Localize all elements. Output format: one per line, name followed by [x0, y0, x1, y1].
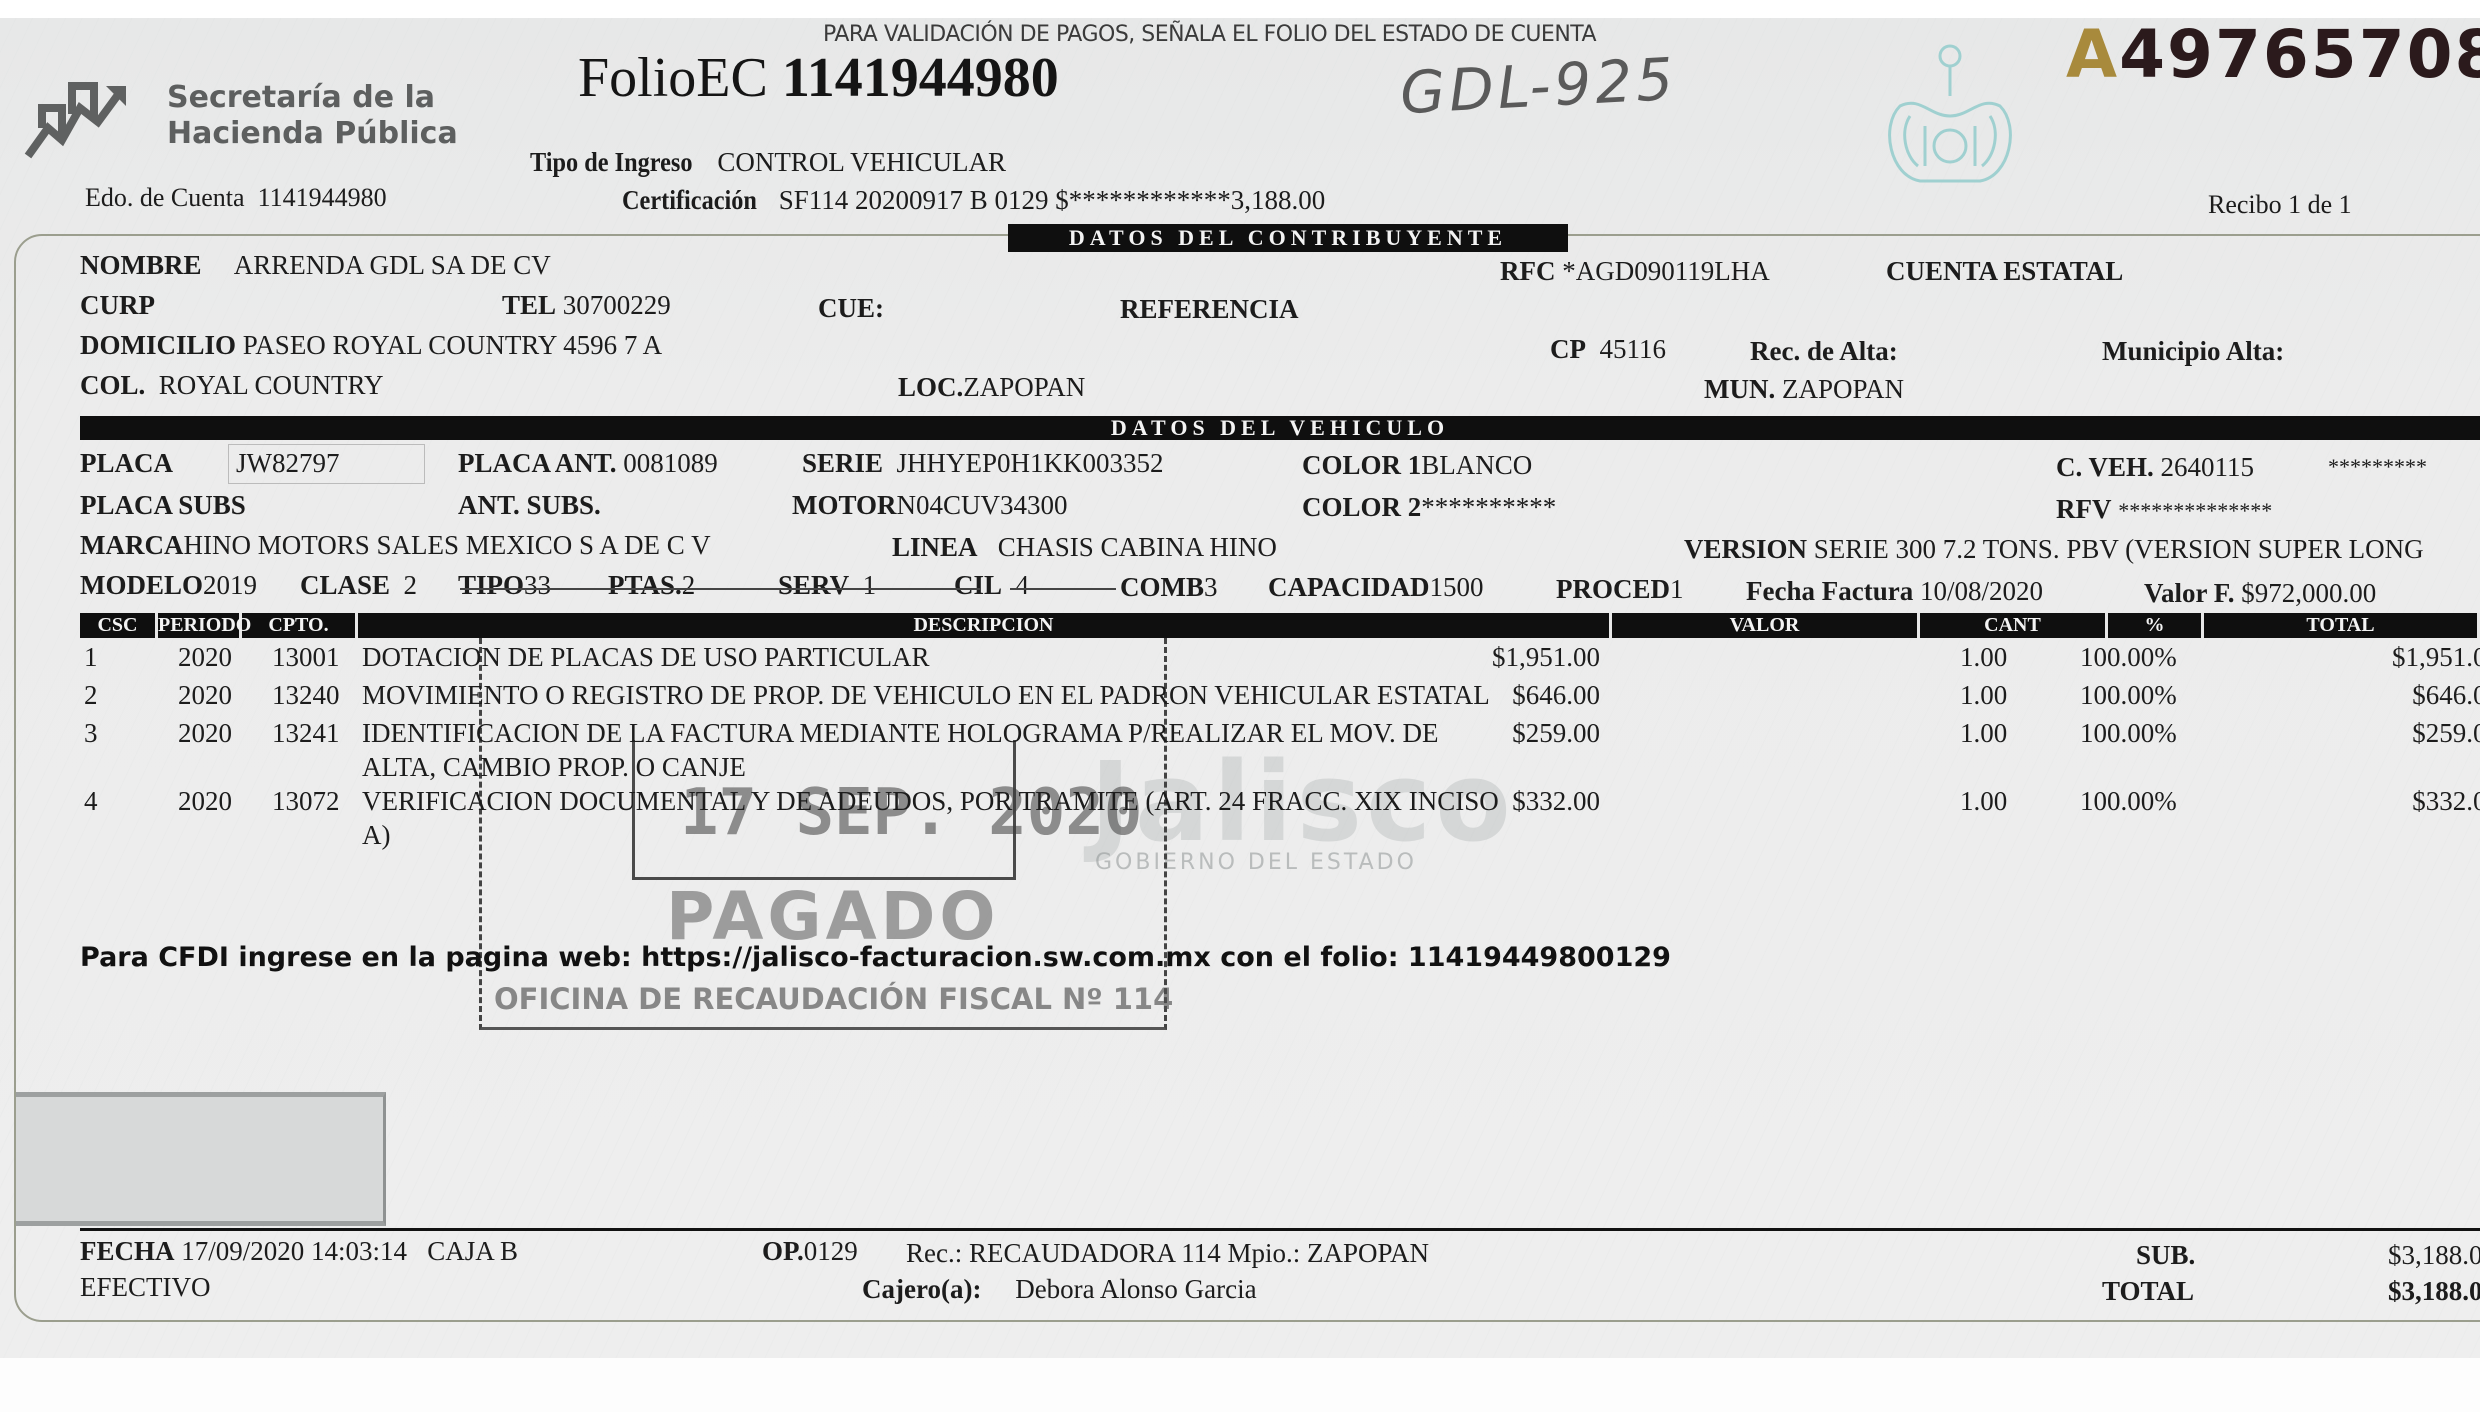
column-header-descripcion: DESCRIPCION: [358, 613, 1612, 638]
version-label: VERSION: [1684, 534, 1807, 564]
loc-value: ZAPOPAN: [963, 372, 1085, 402]
tipo-value: 33: [524, 570, 551, 600]
cell-cpto: 13240: [272, 680, 340, 711]
column-header-periodo: PERIODO: [158, 613, 242, 638]
total-value: $3,188.00: [2388, 1276, 2480, 1307]
cell-descripcion-cont: A): [362, 820, 391, 851]
validation-note: PARA VALIDACIÓN DE PAGOS, SEÑALA EL FOLI…: [823, 22, 1596, 47]
cell-csc: 3: [84, 718, 98, 749]
recibo-count: Recibo 1 de 1: [2208, 190, 2352, 220]
cell-csc: 1: [84, 642, 98, 673]
certificacion: Certificación SF114 20200917 B 0129 $***…: [622, 185, 1325, 216]
fecha-factura-label: Fecha Factura: [1746, 576, 1913, 606]
motor-label: MOTOR: [792, 490, 897, 520]
rfv-value: **************: [2118, 498, 2272, 523]
clase-label: CLASE: [300, 570, 390, 600]
cell-periodo: 2020: [178, 718, 232, 749]
linea-value: CHASIS CABINA HINO: [998, 532, 1277, 562]
ptas-value: 2: [682, 570, 696, 600]
placa-ant-value: 0081089: [623, 448, 718, 478]
cveh-extra: *********: [2328, 454, 2427, 480]
tel-label: TEL: [502, 290, 556, 320]
referencia-label: REFERENCIA: [1120, 294, 1299, 325]
loc-field: LOC.ZAPOPAN: [898, 372, 1085, 403]
tipo-field: TIPO33: [458, 570, 551, 601]
linea-label: LINEA: [892, 532, 978, 562]
scan-margin: [0, 1358, 2480, 1412]
placa-ant-label: PLACA ANT.: [458, 448, 617, 478]
serv-field: SERV 1: [778, 570, 876, 601]
tipo-label: TIPO: [458, 570, 524, 600]
tel-value: 30700229: [563, 290, 671, 320]
folio-ec-label: FolioEC: [578, 47, 768, 109]
op-label: OP.: [762, 1236, 804, 1266]
strike-line: [460, 588, 980, 590]
jalisco-seal-icon: [1870, 36, 2030, 196]
color2-field: COLOR 2**********: [1302, 492, 1556, 523]
ptas-label: PTAS.: [608, 570, 682, 600]
rec-value: RECAUDADORA 114 Mpio.: ZAPOPAN: [969, 1238, 1429, 1268]
proced-label: PROCED: [1556, 574, 1670, 604]
column-header-cpto: CPTO.: [242, 613, 358, 638]
valor-f-field: Valor F. $972,000.00: [2144, 578, 2376, 609]
cil-label: CIL: [954, 570, 1002, 600]
column-header-cant: CANT: [1920, 613, 2108, 638]
capacidad-value: 1500: [1430, 572, 1484, 602]
receipt-serial-number: 49765708: [2119, 16, 2480, 93]
cajero-field: Cajero(a): Debora Alonso Garcia: [862, 1274, 1257, 1305]
cell-periodo: 2020: [178, 680, 232, 711]
col-label: COL.: [80, 370, 145, 400]
placa-ant-field: PLACA ANT. 0081089: [458, 448, 718, 479]
version-field: VERSION SERIE 300 7.2 TONS. PBV (VERSION…: [1684, 534, 2424, 565]
valor-f-value: $972,000.00: [2241, 578, 2376, 608]
cell-cpto: 13001: [272, 642, 340, 673]
domicilio-field: DOMICILIO PASEO ROYAL COUNTRY 4596 7 A: [80, 330, 662, 361]
curp-label: CURP: [80, 290, 155, 321]
paid-stamp-office: OFICINA DE RECAUDACIÓN FISCAL Nº 114: [494, 982, 1173, 1016]
agency-name-line2: Hacienda Pública: [167, 116, 458, 152]
color2-value: **********: [1421, 492, 1556, 522]
capacidad-label: CAPACIDAD: [1268, 572, 1430, 602]
motor-field: MOTORN04CUV34300: [792, 490, 1068, 521]
grey-box: [16, 1092, 386, 1226]
serie-value: JHHYEP0H1KK003352: [897, 448, 1164, 478]
serv-label: SERV: [778, 570, 849, 600]
color1-field: COLOR 1BLANCO: [1302, 450, 1532, 481]
col-field: COL. ROYAL COUNTRY: [80, 370, 384, 401]
rec-label: Rec.:: [906, 1238, 962, 1268]
modelo-field: MODELO2019: [80, 570, 257, 601]
certificacion-label: Certificación: [622, 185, 757, 216]
fecha-value: 17/09/2020 14:03:14: [181, 1236, 407, 1266]
folio-ec: FolioEC 1141944980: [578, 46, 1059, 110]
sub-value: $3,188.00: [2388, 1240, 2480, 1271]
cell-total: $259.00: [2180, 718, 2480, 749]
nombre-label: NOMBRE: [80, 250, 202, 280]
cajero-label: Cajero(a):: [862, 1274, 981, 1304]
serie-label: SERIE: [802, 448, 883, 478]
valor-f-label: Valor F.: [2144, 578, 2235, 608]
comb-field: COMB3: [1120, 572, 1218, 603]
rfv-label: RFV: [2056, 494, 2112, 524]
linea-field: LINEA CHASIS CABINA HINO: [892, 532, 1277, 563]
edo-cuenta: Edo. de Cuenta 1141944980: [85, 183, 387, 213]
cp-label: CP: [1550, 334, 1586, 364]
comb-label: COMB: [1120, 572, 1204, 602]
mun-field: MUN. ZAPOPAN: [1704, 374, 1904, 405]
cell-valor: $1,951.00: [1260, 642, 1600, 673]
folio-ec-value: 1141944980: [782, 47, 1059, 109]
tipo-ingreso-label: Tipo de Ingreso: [530, 147, 693, 178]
cell-cant: 1.00: [1960, 786, 2007, 817]
certificacion-value: SF114 20200917 B 0129 $************3,188…: [779, 185, 1326, 215]
rec-alta-label: Rec. de Alta:: [1750, 336, 1898, 367]
cell-total: $332.00: [2180, 786, 2480, 817]
modelo-label: MODELO: [80, 570, 203, 600]
column-header-pct: %: [2108, 613, 2204, 638]
receipt-serial-prefix: A: [2066, 16, 2119, 93]
rfc-label: RFC: [1500, 256, 1556, 286]
cfdi-note: Para CFDI ingrese en la pagina web: http…: [80, 942, 1671, 973]
cell-descripcion-cont: ALTA, CAMBIO PROP. O CANJE: [362, 752, 746, 783]
cell-pct: 100.00%: [2080, 786, 2177, 817]
color1-label: COLOR 1: [1302, 450, 1421, 480]
municipio-alta-label: Municipio Alta:: [2102, 336, 2284, 367]
handwritten-note: GDL-925: [1398, 45, 1678, 127]
domicilio-label: DOMICILIO: [80, 330, 236, 360]
agency-name: Secretaría de la Hacienda Pública: [167, 80, 458, 152]
cil-value: 4: [1016, 570, 1030, 600]
color1-value: BLANCO: [1421, 450, 1532, 480]
proced-value: 1: [1670, 574, 1684, 604]
ant-subs-label: ANT. SUBS.: [458, 490, 601, 521]
rec-field: Rec.: RECAUDADORA 114 Mpio.: ZAPOPAN: [906, 1238, 1429, 1269]
fecha-factura-field: Fecha Factura 10/08/2020: [1746, 576, 2043, 607]
nombre-field: NOMBRE ARRENDA GDL SA DE CV: [80, 250, 551, 281]
mun-value: ZAPOPAN: [1782, 374, 1904, 404]
fecha-field: FECHA 17/09/2020 14:03:14 CAJA B: [80, 1236, 518, 1267]
color2-label: COLOR 2: [1302, 492, 1421, 522]
column-header-total: TOTAL: [2204, 613, 2480, 638]
clase-field: CLASE 2: [300, 570, 417, 601]
marca-field: MARCAHINO MOTORS SALES MEXICO S A DE C V: [80, 530, 711, 561]
tipo-ingreso-value: CONTROL VEHICULAR: [717, 147, 1006, 177]
motor-value: N04CUV34300: [897, 490, 1068, 520]
cell-valor: $332.00: [1260, 786, 1600, 817]
placa-value: JW82797: [236, 448, 340, 479]
ptas-field: PTAS.2: [608, 570, 695, 601]
domicilio-value: PASEO ROYAL COUNTRY 4596 7 A: [243, 330, 662, 360]
cp-value: 45116: [1600, 334, 1667, 364]
cell-descripcion: DOTACION DE PLACAS DE USO PARTICULAR: [362, 642, 930, 673]
tel-field: TEL 30700229: [502, 290, 671, 321]
agency-name-line1: Secretaría de la: [167, 80, 458, 116]
cajero-value: Debora Alonso Garcia: [1015, 1274, 1256, 1304]
rfv-field: RFV **************: [2056, 494, 2272, 525]
version-value: SERIE 300 7.2 TONS. PBV (VERSION SUPER L…: [1814, 534, 2424, 564]
col-value: ROYAL COUNTRY: [159, 370, 384, 400]
strike-line: [1010, 588, 1116, 590]
clase-value: 2: [404, 570, 418, 600]
comb-value: 3: [1204, 572, 1218, 602]
cil-field: CIL 4: [954, 570, 1029, 601]
edo-cuenta-label: Edo. de Cuenta: [85, 183, 245, 212]
cell-cpto: 13241: [272, 718, 340, 749]
serie-field: SERIE JHHYEP0H1KK003352: [802, 448, 1164, 479]
edo-cuenta-value: 1141944980: [258, 183, 387, 212]
cell-periodo: 2020: [178, 786, 232, 817]
footer-divider: [80, 1228, 2480, 1231]
tipo-ingreso: Tipo de Ingreso CONTROL VEHICULAR: [530, 147, 1006, 178]
cell-total: $646.00: [2180, 680, 2480, 711]
receipt-serial: A49765708: [2066, 16, 2480, 93]
loc-label: LOC.: [898, 372, 963, 402]
capacidad-field: CAPACIDAD1500: [1268, 572, 1484, 603]
column-header-csc: CSC: [80, 613, 158, 638]
sub-label: SUB.: [2136, 1240, 2195, 1271]
cveh-field: C. VEH. 2640115: [2056, 452, 2254, 483]
column-header-valor: VALOR: [1612, 613, 1920, 638]
cell-periodo: 2020: [178, 642, 232, 673]
cp-field: CP 45116: [1550, 334, 1666, 365]
caja-value: CAJA B: [427, 1236, 518, 1266]
cell-cpto: 13072: [272, 786, 340, 817]
modelo-value: 2019: [203, 570, 257, 600]
rfc-value: *AGD090119LHA: [1562, 256, 1769, 286]
rfc-field: RFC *AGD090119LHA: [1500, 256, 1770, 287]
serv-value: 1: [863, 570, 877, 600]
items-table-header: CSCPERIODOCPTO.DESCRIPCIONVALORCANT%TOTA…: [80, 613, 2480, 638]
cell-pct: 100.00%: [2080, 642, 2177, 673]
cell-valor: $646.00: [1260, 680, 1600, 711]
total-label: TOTAL: [2102, 1276, 2194, 1307]
section-vehiculo-title: DATOS DEL VEHICULO: [80, 416, 2480, 440]
op-value: 0129: [804, 1236, 858, 1266]
cveh-value: 2640115: [2161, 452, 2255, 482]
cell-total: $1,951.00: [2180, 642, 2480, 673]
forma-pago: EFECTIVO: [80, 1272, 211, 1303]
hacienda-logo-icon: [22, 78, 132, 160]
cell-pct: 100.00%: [2080, 718, 2177, 749]
nombre-value: ARRENDA GDL SA DE CV: [234, 250, 551, 280]
cell-valor: $259.00: [1260, 718, 1600, 749]
cue-label: CUE:: [818, 293, 884, 324]
op-field: OP.0129: [762, 1236, 858, 1267]
cell-csc: 2: [84, 680, 98, 711]
cell-cant: 1.00: [1960, 680, 2007, 711]
cveh-label: C. VEH.: [2056, 452, 2154, 482]
marca-label: MARCA: [80, 530, 183, 560]
proced-field: PROCED1: [1556, 574, 1684, 605]
placa-subs-label: PLACA SUBS: [80, 490, 246, 521]
cell-pct: 100.00%: [2080, 680, 2177, 711]
placa-label: PLACA: [80, 448, 173, 479]
marca-value: HINO MOTORS SALES MEXICO S A DE C V: [183, 530, 710, 560]
fecha-label: FECHA: [80, 1236, 175, 1266]
mun-label: MUN.: [1704, 374, 1775, 404]
section-contribuyente-title: DATOS DEL CONTRIBUYENTE: [1008, 224, 1568, 252]
cell-cant: 1.00: [1960, 642, 2007, 673]
fecha-factura-value: 10/08/2020: [1920, 576, 2043, 606]
cuenta-estatal-label: CUENTA ESTATAL: [1886, 256, 2123, 287]
cell-cant: 1.00: [1960, 718, 2007, 749]
cell-csc: 4: [84, 786, 98, 817]
